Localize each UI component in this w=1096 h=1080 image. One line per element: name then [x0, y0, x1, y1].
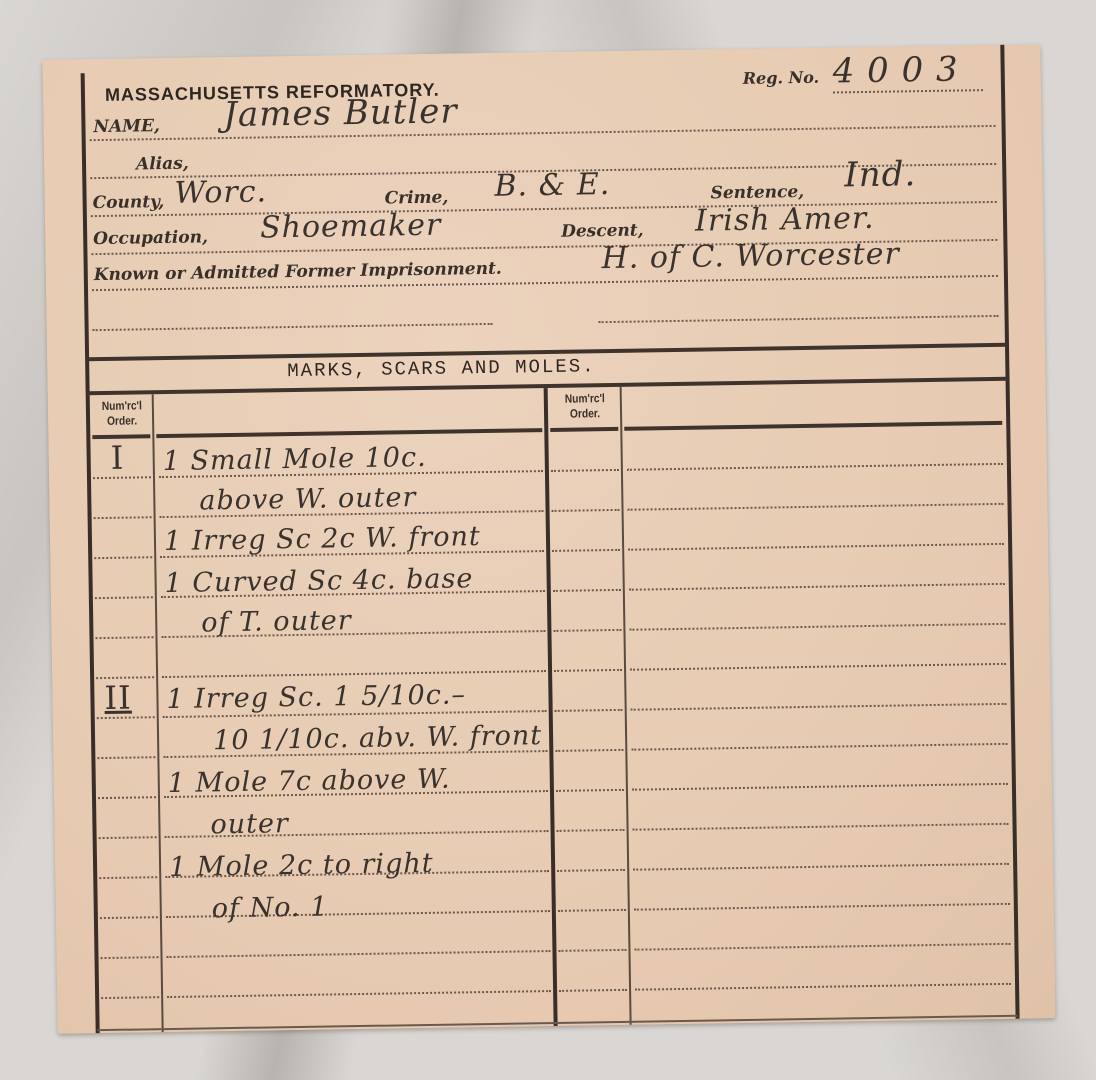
alias-label: Alias, — [136, 154, 189, 175]
row-dotted-line — [634, 903, 1010, 911]
left-num-col-header-line2: Order. — [96, 413, 147, 429]
row-dotted-line — [554, 669, 622, 672]
name-label: NAME, — [93, 116, 160, 137]
reformatory-record-card: MASSACHUSETTS REFORMATORY. Reg. No. 4 0 … — [42, 44, 1055, 1034]
row-dotted-line — [628, 503, 1004, 511]
county-label: County, — [93, 192, 165, 213]
row-dotted-line — [557, 869, 625, 872]
row-dotted-line — [95, 596, 153, 599]
right-num-col-divider — [620, 387, 632, 1025]
row-dotted-line — [552, 509, 620, 512]
row-dotted-line — [552, 549, 620, 552]
row-dotted-line — [632, 783, 1008, 791]
left-num-col-divider — [152, 394, 164, 1032]
reg-no-label: Reg. No. — [743, 68, 820, 88]
row-dotted-line — [631, 743, 1007, 751]
row-dotted-line — [629, 583, 1005, 591]
entry-2-line-5: 1 Mole 2c to right — [169, 848, 434, 883]
row-dotted-line — [101, 996, 159, 999]
occupation-label: Occupation, — [93, 227, 208, 249]
former-imprisonment-label: Known or Admitted Former Imprisonment. — [94, 259, 502, 285]
row-dotted-line — [629, 623, 1005, 631]
row-dotted-line — [634, 943, 1010, 951]
row-dotted-line — [630, 663, 1006, 671]
row-dotted-line — [553, 629, 621, 632]
entry-2-line-1: 1 Irreg Sc. 1 5/10c.– — [166, 679, 466, 715]
row-dotted-line — [95, 636, 153, 639]
descent-value: Irish Amer. — [695, 201, 875, 239]
sentence-label: Sentence, — [710, 182, 804, 203]
row-dotted-line — [628, 543, 1004, 551]
row-dotted-line — [101, 956, 159, 959]
row-dotted-line — [557, 829, 625, 832]
row-dotted-line — [558, 909, 626, 912]
entry-2-order: II — [104, 679, 132, 717]
row-dotted-line — [633, 863, 1009, 871]
entry-1-line-3: 1 Irreg Sc 2c W. front — [164, 521, 481, 557]
sentence-value: Ind. — [844, 154, 917, 195]
row-dotted-line — [97, 756, 155, 759]
right-desc-col-rule — [624, 421, 1002, 431]
right-num-col-header-line1: Num'rc'l — [557, 391, 613, 407]
row-dotted-line — [633, 823, 1009, 831]
former-imprisonment-value: H. of C. Worcester — [601, 236, 900, 276]
row-dotted-line — [99, 876, 157, 879]
row-dotted-line — [627, 463, 1003, 471]
left-num-col-header-line1: Num'rc'l — [96, 398, 147, 414]
marks-section-title: MARKS, SCARS AND MOLES. — [287, 355, 596, 382]
left-desc-col-rule — [156, 428, 542, 438]
entry-1-line-4: 1 Curved Sc 4c. base — [164, 563, 473, 599]
entry-1-order: I — [110, 439, 124, 477]
row-dotted-line — [559, 989, 627, 992]
row-dotted-line — [162, 670, 546, 678]
reg-no-value: 4 0 0 3 — [832, 50, 959, 92]
row-dotted-line — [635, 983, 1011, 991]
row-dotted-line — [167, 990, 551, 998]
occupation-value: Shoemaker — [260, 208, 442, 246]
row-dotted-line — [167, 950, 551, 958]
row-dotted-line — [99, 836, 157, 839]
right-border-line — [1000, 45, 1019, 1019]
row-dotted-line — [555, 709, 623, 712]
descent-label: Descent, — [561, 220, 644, 241]
entry-1-line-2: above W. outer — [199, 482, 416, 516]
row-dotted-line — [100, 916, 158, 919]
entry-1-line-5: of T. outer — [201, 605, 352, 638]
entry-1-line-1: 1 Small Mole 10c. — [162, 442, 426, 477]
blank-line-left — [93, 323, 493, 331]
row-dotted-line — [556, 789, 624, 792]
right-num-col-header-line2: Order. — [557, 406, 613, 422]
left-num-col-header: Num'rc'l Order. — [96, 398, 147, 429]
row-dotted-line — [94, 556, 152, 559]
row-dotted-line — [555, 749, 623, 752]
row-dotted-line — [551, 469, 619, 472]
left-border-line — [81, 73, 100, 1033]
row-dotted-line — [94, 516, 152, 519]
right-num-col-header: Num'rc'l Order. — [557, 391, 614, 422]
row-dotted-line — [98, 796, 156, 799]
right-num-col-rule — [550, 427, 618, 432]
crime-value: B. & E. — [494, 167, 610, 204]
blank-line-right — [599, 315, 999, 323]
center-divider — [544, 388, 558, 1026]
crime-label: Crime, — [384, 188, 448, 209]
entry-2-line-6: of No. 1 — [212, 892, 329, 925]
name-value: James Butler — [223, 91, 458, 135]
entry-2-line-4: outer — [210, 808, 289, 840]
row-dotted-line — [553, 589, 621, 592]
entry-2-line-2: 10 1/10c. abv. W. front — [213, 720, 542, 756]
county-value: Worc. — [174, 174, 267, 210]
bottom-rule — [98, 1015, 1018, 1031]
row-dotted-line — [631, 703, 1007, 711]
row-dotted-line — [558, 949, 626, 952]
entry-2-line-3: 1 Mole 7c above W. — [168, 764, 451, 799]
